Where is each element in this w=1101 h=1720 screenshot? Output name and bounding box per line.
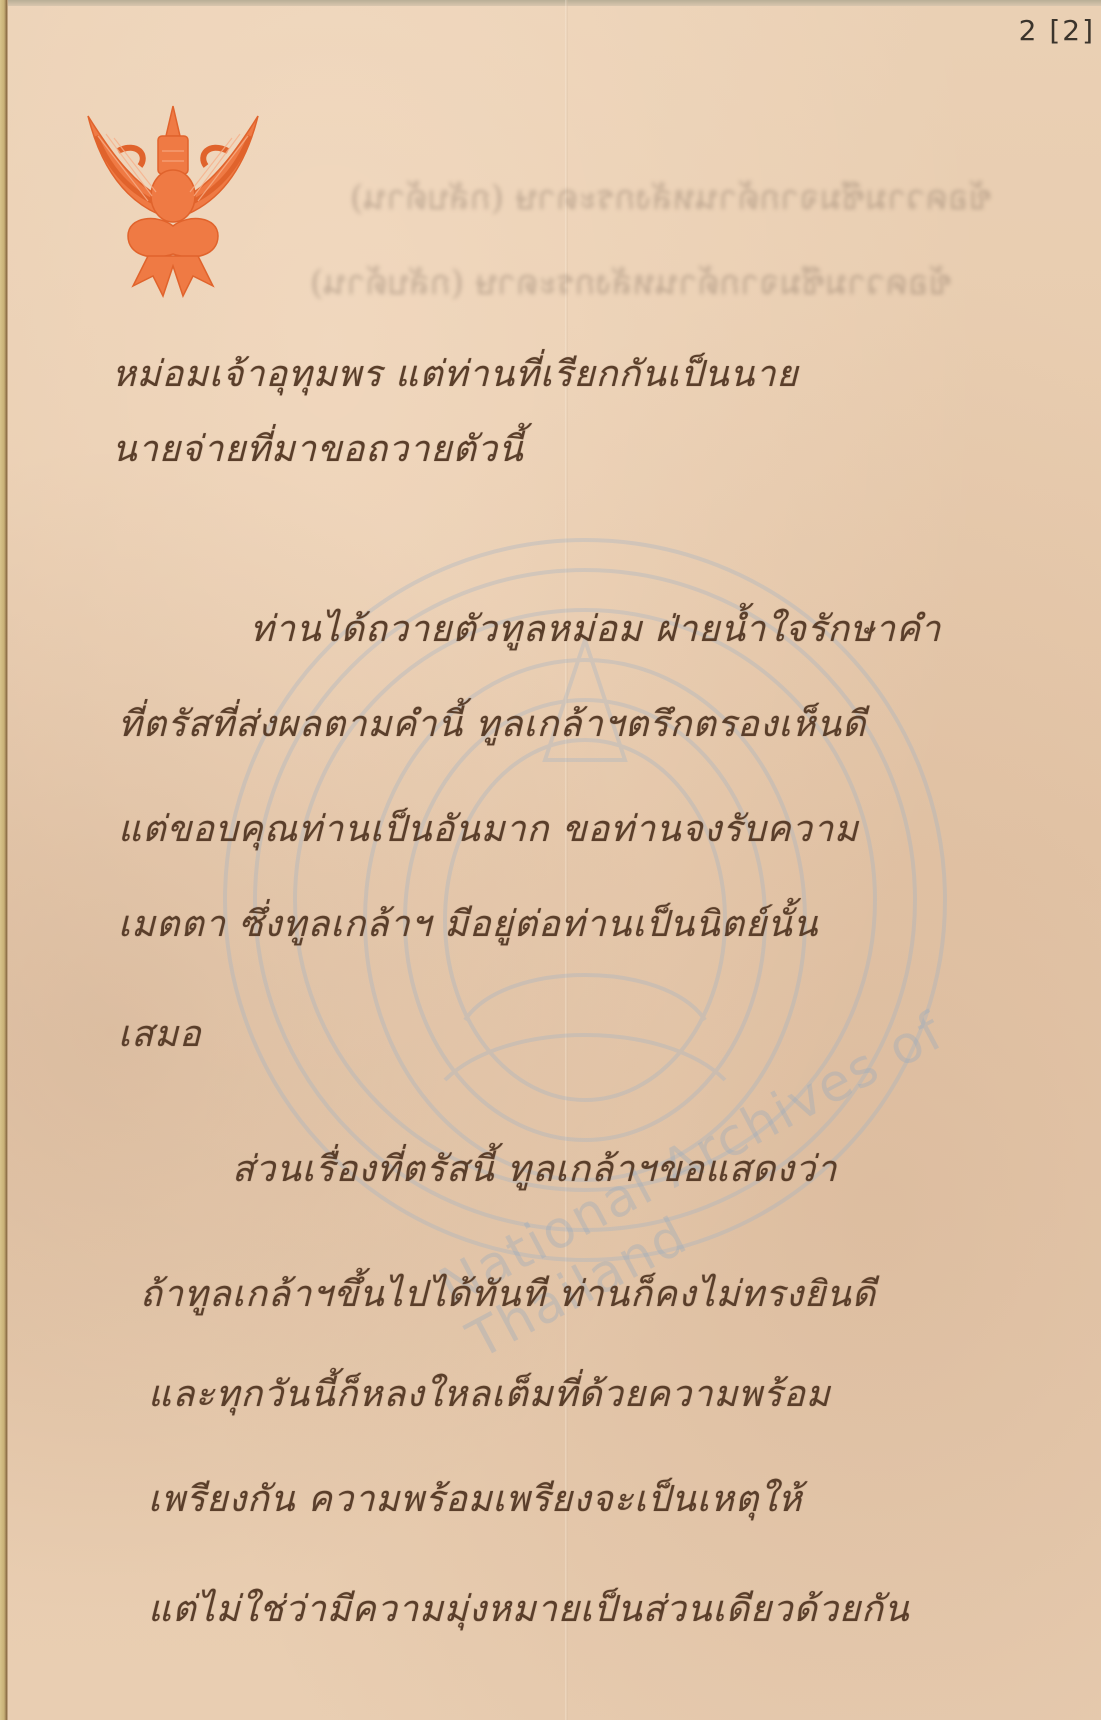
- handwritten-line: แต่ไม่ใช่ว่ามีความมุ่งหมายเป็นส่วนเดียวด…: [148, 1580, 910, 1637]
- handwritten-line: เพรียงกัน ความพร้อมเพรียงจะเป็นเหตุให้: [148, 1470, 803, 1527]
- handwritten-line: ที่ตรัสที่ส่งผลตามคำนี้ ทูลเกล้าฯตรึกตรอ…: [118, 695, 866, 752]
- handwritten-line: หม่อมเจ้าอุทุมพร แต่ท่านที่เรียกกันเป็นน…: [112, 345, 799, 402]
- handwritten-line: เมตตา ซึ่งทูลเกล้าฯ มีอยู่ต่อท่านเป็นนิต…: [118, 895, 818, 952]
- garuda-emblem-icon: [78, 96, 268, 306]
- handwritten-line: และทุกวันนี้ก็หลงใหลเต็มที่ด้วยความพร้อม: [148, 1365, 831, 1422]
- handwritten-line: ส่วนเรื่องที่ตรัสนี้ ทูลเกล้าฯขอแสดงว่า: [232, 1140, 837, 1197]
- show-through-text: ข้อความซึมจากด้านหลังกระดาษ (กลับด้าน): [310, 255, 952, 309]
- handwritten-line: ถ้าทูลเกล้าฯขึ้นไปได้ทันที ท่านก็คงไม่ทร…: [140, 1265, 876, 1322]
- show-through-text: ข้อความซึมจากด้านหลังกระดาษ (กลับด้าน): [350, 170, 992, 224]
- page-number: 2 [2]: [1019, 14, 1095, 47]
- scan-top-edge: [0, 0, 1101, 6]
- handwritten-line: แต่ขอบคุณท่านเป็นอันมาก ขอท่านจงรับความ: [118, 800, 859, 857]
- handwritten-line: เสมอ: [118, 1005, 202, 1062]
- handwritten-line: ท่านได้ถวายตัวทูลหม่อม ฝ่ายน้ำใจรักษาคำ: [250, 600, 941, 657]
- document-page: 2 [2]: [0, 0, 1101, 1720]
- handwritten-line: นายจ่ายที่มาขอถวายตัวนี้: [112, 420, 524, 477]
- scan-left-edge: [0, 0, 8, 1720]
